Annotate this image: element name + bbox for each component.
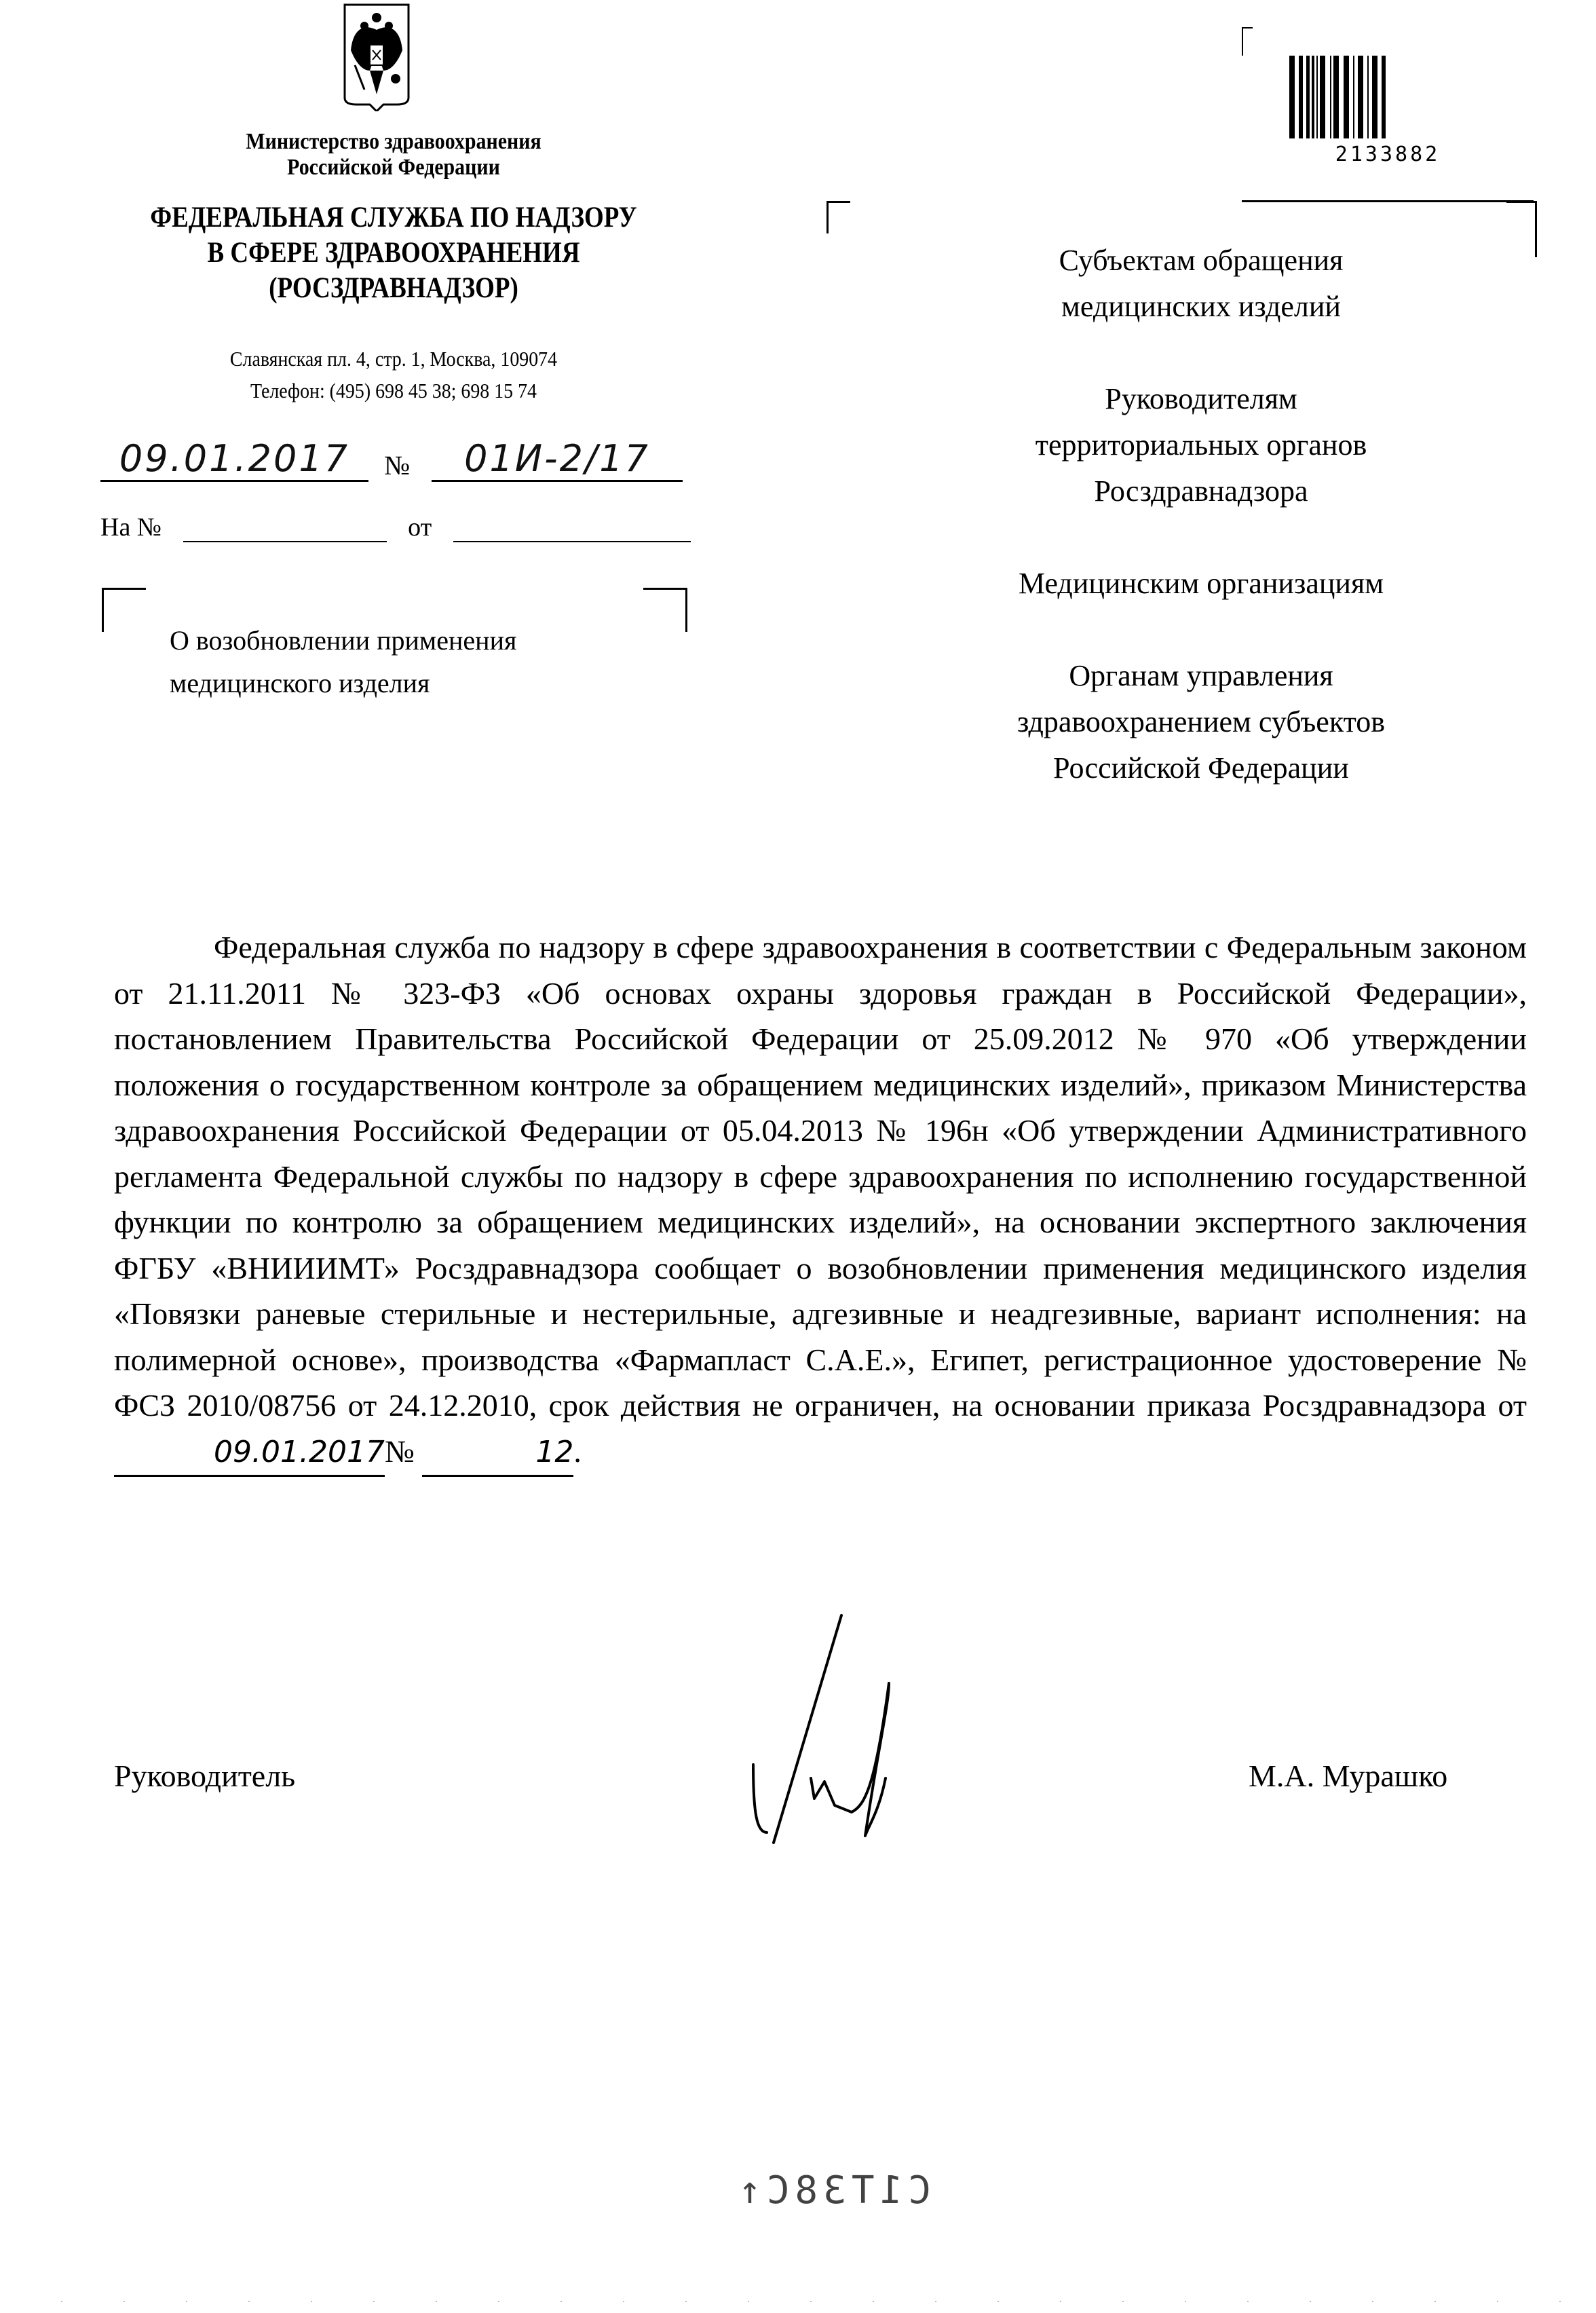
signatory-name: М.А. Мурашко — [1249, 1758, 1447, 1794]
coat-of-arms-emblem — [343, 3, 411, 111]
letter-subject: О возобновлении применения медицинского … — [170, 619, 645, 704]
order-suffix: . — [573, 1434, 582, 1469]
barcode-bar — [1325, 56, 1330, 138]
subject-bracket-left — [102, 588, 146, 632]
number-sign: № — [384, 449, 410, 481]
reply-number-field — [183, 514, 387, 542]
barcode-bar — [1372, 56, 1377, 138]
barcode-bar — [1344, 56, 1349, 138]
agency-address: Славянская пл. 4, стр. 1, Москва, 109074 — [161, 343, 626, 375]
recipient-medical-device-entities: Субъектам обращения медицинских изделий — [882, 238, 1520, 330]
recipient-line: Органам управления — [882, 653, 1520, 699]
reply-number-label: На № — [100, 513, 161, 542]
subject-bracket-right — [643, 588, 687, 632]
recipient-line: Российской Федерации — [882, 745, 1520, 791]
recipient-health-authorities: Органам управления здравоохранением субъ… — [882, 653, 1520, 791]
reply-date-label: от — [408, 513, 432, 542]
agency-line-3: (РОСЗДРАВНАДЗОР) — [125, 271, 662, 306]
agency-phone: Телефон: (495) 698 45 38; 698 15 74 — [161, 375, 626, 407]
outgoing-number: 01И-2/17 — [432, 437, 683, 482]
recipient-line: Руководителям — [882, 376, 1520, 422]
agency-name: ФЕДЕРАЛЬНАЯ СЛУЖБА ПО НАДЗОРУ В СФЕРЕ ЗД… — [125, 200, 662, 306]
subject-line-1: О возобновлении применения — [170, 619, 645, 662]
letter-body: Федеральная служба по надзору в сфере зд… — [114, 924, 1527, 1477]
recipients-bracket-left — [826, 201, 850, 233]
order-number-sign: № — [385, 1434, 415, 1469]
recipient-territorial-heads: Руководителям территориальных органов Ро… — [882, 376, 1520, 514]
scan-corner-mark — [1242, 27, 1253, 56]
registration-line: 09.01.2017 № 01И-2/17 — [100, 434, 752, 489]
ministry-line-2: Российской Федерации — [185, 155, 603, 181]
ministry-line-1: Министерство здравоохранения — [185, 129, 603, 155]
ministry-name: Министерство здравоохранения Российской … — [185, 129, 603, 181]
scan-edge-noise — [0, 2301, 1596, 2302]
outgoing-date: 09.01.2017 — [100, 437, 368, 482]
agency-contacts: Славянская пл. 4, стр. 1, Москва, 109074… — [161, 343, 626, 407]
agency-line-1: ФЕДЕРАЛЬНАЯ СЛУЖБА ПО НАДЗОРУ — [125, 200, 662, 236]
barcode — [1289, 56, 1483, 141]
recipient-medical-organizations: Медицинским организациям — [882, 561, 1520, 607]
handwritten-signature — [733, 1609, 1018, 1866]
barcode-number: 2133882 — [1310, 143, 1466, 166]
barcode-bar — [1333, 56, 1339, 138]
order-number: 12 — [422, 1429, 573, 1478]
bleed-through-stamp: C1T38C↑ — [733, 2168, 931, 2213]
recipient-line: территориальных органов — [882, 422, 1520, 468]
subject-line-2: медицинского изделия — [170, 662, 645, 704]
barcode-bar — [1358, 56, 1363, 138]
agency-line-2: В СФЕРЕ ЗДРАВООХРАНЕНИЯ — [125, 236, 662, 271]
recipient-line: Медицинским организациям — [882, 561, 1520, 607]
recipient-line: здравоохранением субъектов — [882, 699, 1520, 745]
recipient-line: Субъектам обращения — [882, 238, 1520, 284]
recipients-top-line — [1242, 200, 1534, 202]
barcode-bar — [1386, 56, 1389, 138]
reply-date-field — [453, 514, 691, 542]
barcode-bar — [1289, 56, 1295, 138]
recipient-line: Росздравнадзора — [882, 468, 1520, 514]
reply-reference-line: На № от — [100, 512, 691, 542]
barcode-bars — [1289, 56, 1483, 138]
order-date: 09.01.2017 — [114, 1429, 385, 1478]
barcode-bar — [1320, 56, 1325, 138]
order-prefix: от — [1498, 1388, 1527, 1423]
recipient-line: медицинских изделий — [882, 284, 1520, 330]
signatory-title: Руководитель — [114, 1758, 295, 1794]
recipients-block: Субъектам обращения медицинских изделий … — [882, 238, 1520, 838]
body-paragraph-text: Федеральная служба по надзору в сфере зд… — [114, 930, 1527, 1423]
body-paragraph: Федеральная служба по надзору в сфере зд… — [114, 924, 1527, 1477]
barcode-bar — [1339, 56, 1344, 138]
